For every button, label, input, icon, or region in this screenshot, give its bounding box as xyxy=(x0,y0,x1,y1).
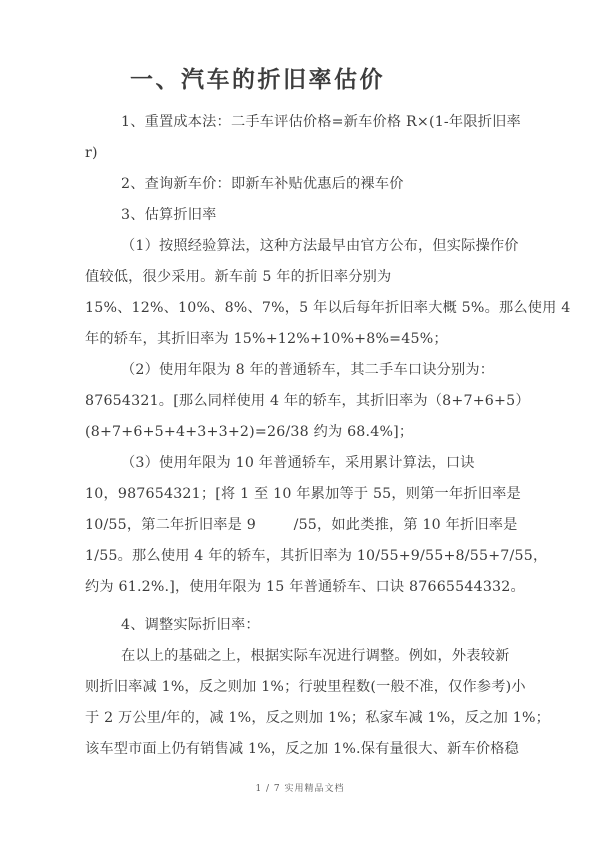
text-line: 约为 61.2%.]，使用年限为 15 年普通轿车、口诀 87665544332… xyxy=(85,572,600,603)
document-title: 一、汽车的折旧率估价 xyxy=(0,0,600,96)
text-line: （3）使用年限为 10 年普通轿车，采用累计算法，口诀 xyxy=(85,448,600,479)
text-line: 1、重置成本法：二手车评估价格=新车价格 R×(1-年限折旧率 xyxy=(85,107,600,138)
text-line: r) xyxy=(85,138,600,169)
text-line: 10，987654321；[将 1 至 10 年累加等于 55，则第一年折旧率是 xyxy=(85,479,600,510)
text-line: 于 2 万公里/年的，减 1%，反之则加 1%；私家车减 1%，反之加 1%； xyxy=(85,703,600,734)
text-line: 1/55。那么使用 4 年的轿车，其折旧率为 10/55+9/55+8/55+7… xyxy=(85,541,600,572)
text-line: 4、调整实际折旧率： xyxy=(85,610,600,641)
text-line: （1）按照经验算法，这种方法最早由官方公布，但实际操作价 xyxy=(85,231,600,262)
text-line: 2、查询新车价：即新车补贴优惠后的裸车价 xyxy=(85,169,600,200)
text-line: 3、估算折旧率 xyxy=(85,200,600,231)
text-line: 则折旧率减 1%，反之则加 1%；行驶里程数(一般不准，仅作参考)小 xyxy=(85,672,600,703)
text-line: 该车型市面上仍有销售减 1%，反之加 1%.保有量很大、新车价格稳 xyxy=(85,734,600,765)
document-page: 一、汽车的折旧率估价 1、重置成本法：二手车评估价格=新车价格 R×(1-年限折… xyxy=(0,0,600,849)
text-line: 值较低，很少采用。新车前 5 年的折旧率分别为 xyxy=(85,262,600,293)
text-line: 87654321。[那么同样使用 4 年的轿车，其折旧率为（8+7+6+5） xyxy=(85,386,600,417)
text-line: 在以上的基础之上，根据实际车况进行调整。例如，外表较新 xyxy=(85,641,600,672)
document-body: 1、重置成本法：二手车评估价格=新车价格 R×(1-年限折旧率 r) 2、查询新… xyxy=(0,107,600,765)
text-line: 年的轿车，其折旧率为 15%+12%+10%+8%=45%； xyxy=(85,324,600,355)
text-line: 15%、12%、10%、8%、7%，5 年以后每年折旧率大概 5%。那么使用 4 xyxy=(85,293,600,324)
text-line: （2）使用年限为 8 年的普通轿车，其二手车口诀分别为： xyxy=(85,355,600,386)
text-line: 10/55，第二年折旧率是 9 /55，如此类推，第 10 年折旧率是 xyxy=(85,510,600,541)
page-footer: 1 / 7 实用精品文档 xyxy=(0,781,600,794)
text-line: (8+7+6+5+4+3+3+2)=26/38 约为 68.4%]； xyxy=(85,417,600,448)
